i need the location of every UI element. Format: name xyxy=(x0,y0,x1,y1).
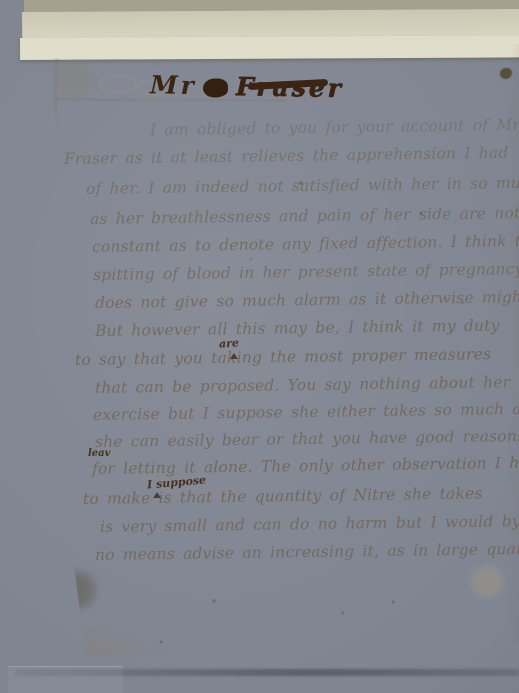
body-line-15: is very small and can do no harm but I w… xyxy=(100,512,519,536)
caret-mark-are xyxy=(230,353,238,359)
stain-top-left xyxy=(52,58,98,102)
backing-mat-corner xyxy=(8,666,123,693)
body-line-1: I am obliged to you for your account of … xyxy=(150,116,519,139)
body-line-16: no means advise an increasing it, as in … xyxy=(95,540,519,564)
body-line-6: spitting of blood in her present state o… xyxy=(93,260,519,284)
body-line-7: does not give so much alarm as it otherw… xyxy=(95,288,519,312)
body-line-3: of her. I am indeed not satisfied with h… xyxy=(86,173,519,198)
vertical-fold-line xyxy=(36,58,58,658)
ink-blot xyxy=(203,78,228,97)
body-line-5: constant as to denote any fixed affectio… xyxy=(92,232,519,256)
letter-paper: MrFraser I am obliged to you for your ac… xyxy=(0,0,519,693)
scanned-letter: MrFraser I am obliged to you for your ac… xyxy=(0,0,519,693)
ink-spot-top-right xyxy=(500,68,512,79)
stain-bottom-right xyxy=(466,562,508,602)
insertion-are: are xyxy=(219,336,240,350)
stain-bottom-left xyxy=(52,568,100,612)
body-line-14: to make is that the quantity of Nitre sh… xyxy=(83,484,483,508)
body-line-2: Fraser as it at least relieves the appre… xyxy=(64,144,509,168)
heading-honorific: Mr xyxy=(150,70,197,100)
body-line-4: as her breathlessness and pain of her si… xyxy=(90,204,519,228)
paper-specks xyxy=(0,0,2,2)
body-line-8: But however all this may be, I think it … xyxy=(95,316,500,340)
caret-mark-suppose xyxy=(153,492,161,498)
body-line-13: for letting it alone. The only other obs… xyxy=(92,454,519,478)
body-line-11: exercise but I suppose she either takes … xyxy=(93,400,519,424)
insertion-leav: leav xyxy=(88,448,110,459)
body-line-12: she can easily bear or that you have goo… xyxy=(95,427,519,451)
body-line-9: to say that you taking the most proper m… xyxy=(75,345,491,369)
body-line-10: that can be proposed. You say nothing ab… xyxy=(95,373,510,397)
